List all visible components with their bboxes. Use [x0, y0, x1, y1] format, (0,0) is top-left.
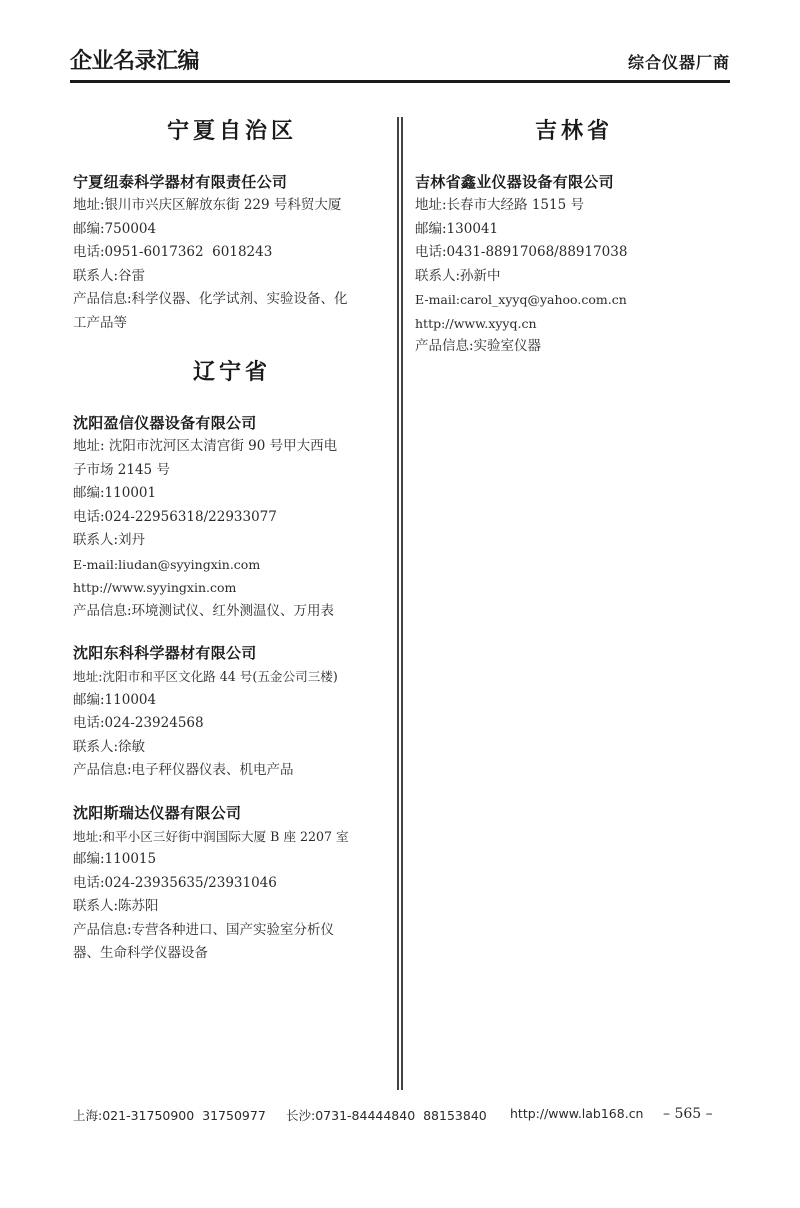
- region-title-liaoning: 辽宁省: [73, 353, 391, 393]
- page-number: – 565 –: [663, 1106, 713, 1122]
- company-entry: 宁夏纽泰科学器材有限责任公司 地址:银川市兴庆区解放东街 229 号科贸大厦 邮…: [73, 170, 391, 335]
- company-name: 沈阳斯瑞达仪器有限公司: [73, 801, 391, 825]
- contact: 联系人:谷雷: [73, 265, 391, 289]
- book-title: 企业名录汇编: [70, 44, 199, 75]
- postcode: 邮编:110001: [73, 482, 391, 506]
- page-header: 企业名录汇编 综合仪器厂商: [70, 44, 730, 78]
- postcode: 邮编:750004: [73, 218, 391, 242]
- phone: 电话:024-23924568: [73, 712, 391, 736]
- region-title-ningxia: 宁夏自治区: [73, 112, 391, 152]
- address: 地址:和平小区三好街中润国际大厦 B 座 2207 室: [73, 825, 391, 849]
- changsha-phone: 长沙:0731-84444840 88153840: [286, 1106, 487, 1124]
- company-entry: 沈阳盈信仪器设备有限公司 地址: 沈阳市沈河区太清宫街 90 号甲大西电 子市场…: [73, 411, 391, 623]
- company-name: 吉林省鑫业仪器设备有限公司: [415, 170, 733, 194]
- address: 地址:银川市兴庆区解放东街 229 号科贸大厦: [73, 194, 391, 218]
- company-name: 沈阳东科科学器材有限公司: [73, 641, 391, 665]
- contact: 联系人:陈苏阳: [73, 895, 391, 919]
- products-cont: 工产品等: [73, 312, 391, 336]
- address: 地址:长春市大经路 1515 号: [415, 194, 733, 218]
- company-entry: 沈阳斯瑞达仪器有限公司 地址:和平小区三好街中润国际大厦 B 座 2207 室 …: [73, 801, 391, 966]
- postcode: 邮编:110004: [73, 689, 391, 713]
- address-cont: 子市场 2145 号: [73, 459, 391, 483]
- section-title: 综合仪器厂商: [628, 50, 730, 73]
- website-link[interactable]: http://www.xyyq.cn: [415, 312, 733, 336]
- phone: 电话:0431-88917068/88917038: [415, 241, 733, 265]
- company-entry: 吉林省鑫业仪器设备有限公司 地址:长春市大经路 1515 号 邮编:130041…: [415, 170, 733, 359]
- address: 地址: 沈阳市沈河区太清宫街 90 号甲大西电: [73, 435, 391, 459]
- phone: 电话:024-22956318/22933077: [73, 506, 391, 530]
- website-link[interactable]: http://www.syyingxin.com: [73, 576, 391, 600]
- products-cont: 器、生命科学仪器设备: [73, 942, 391, 966]
- company-name: 沈阳盈信仪器设备有限公司: [73, 411, 391, 435]
- contact: 联系人:孙新中: [415, 265, 733, 289]
- phone: 电话:024-23935635/23931046: [73, 872, 391, 896]
- region-title-jilin: 吉林省: [415, 112, 733, 152]
- contact: 联系人:刘丹: [73, 529, 391, 553]
- products: 产品信息:电子秤仪器仪表、机电产品: [73, 759, 391, 783]
- company-name: 宁夏纽泰科学器材有限责任公司: [73, 170, 391, 194]
- column-divider: [397, 117, 403, 1090]
- products: 产品信息:科学仪器、化学试剂、实验设备、化: [73, 288, 391, 312]
- postcode: 邮编:130041: [415, 218, 733, 242]
- products: 产品信息:环境测试仪、红外测温仪、万用表: [73, 600, 391, 624]
- postcode: 邮编:110015: [73, 848, 391, 872]
- company-entry: 沈阳东科科学器材有限公司 地址:沈阳市和平区文化路 44 号(五金公司三楼) 邮…: [73, 641, 391, 783]
- products: 产品信息:实验室仪器: [415, 335, 733, 359]
- phone: 电话:0951-6017362 6018243: [73, 241, 391, 265]
- email-link[interactable]: E-mail:carol_xyyq@yahoo.com.cn: [415, 288, 733, 312]
- website-link[interactable]: http://www.lab168.cn: [510, 1106, 643, 1121]
- email-link[interactable]: E-mail:liudan@syyingxin.com: [73, 553, 391, 577]
- right-column: 吉林省 吉林省鑫业仪器设备有限公司 地址:长春市大经路 1515 号 邮编:13…: [415, 112, 733, 377]
- products: 产品信息:专营各种进口、国产实验室分析仪: [73, 919, 391, 943]
- left-column: 宁夏自治区 宁夏纽泰科学器材有限责任公司 地址:银川市兴庆区解放东街 229 号…: [73, 112, 391, 984]
- address: 地址:沈阳市和平区文化路 44 号(五金公司三楼): [73, 665, 391, 689]
- header-rule: [70, 80, 730, 83]
- contact: 联系人:徐敏: [73, 736, 391, 760]
- shanghai-phone: 上海:021-31750900 31750977: [73, 1106, 266, 1124]
